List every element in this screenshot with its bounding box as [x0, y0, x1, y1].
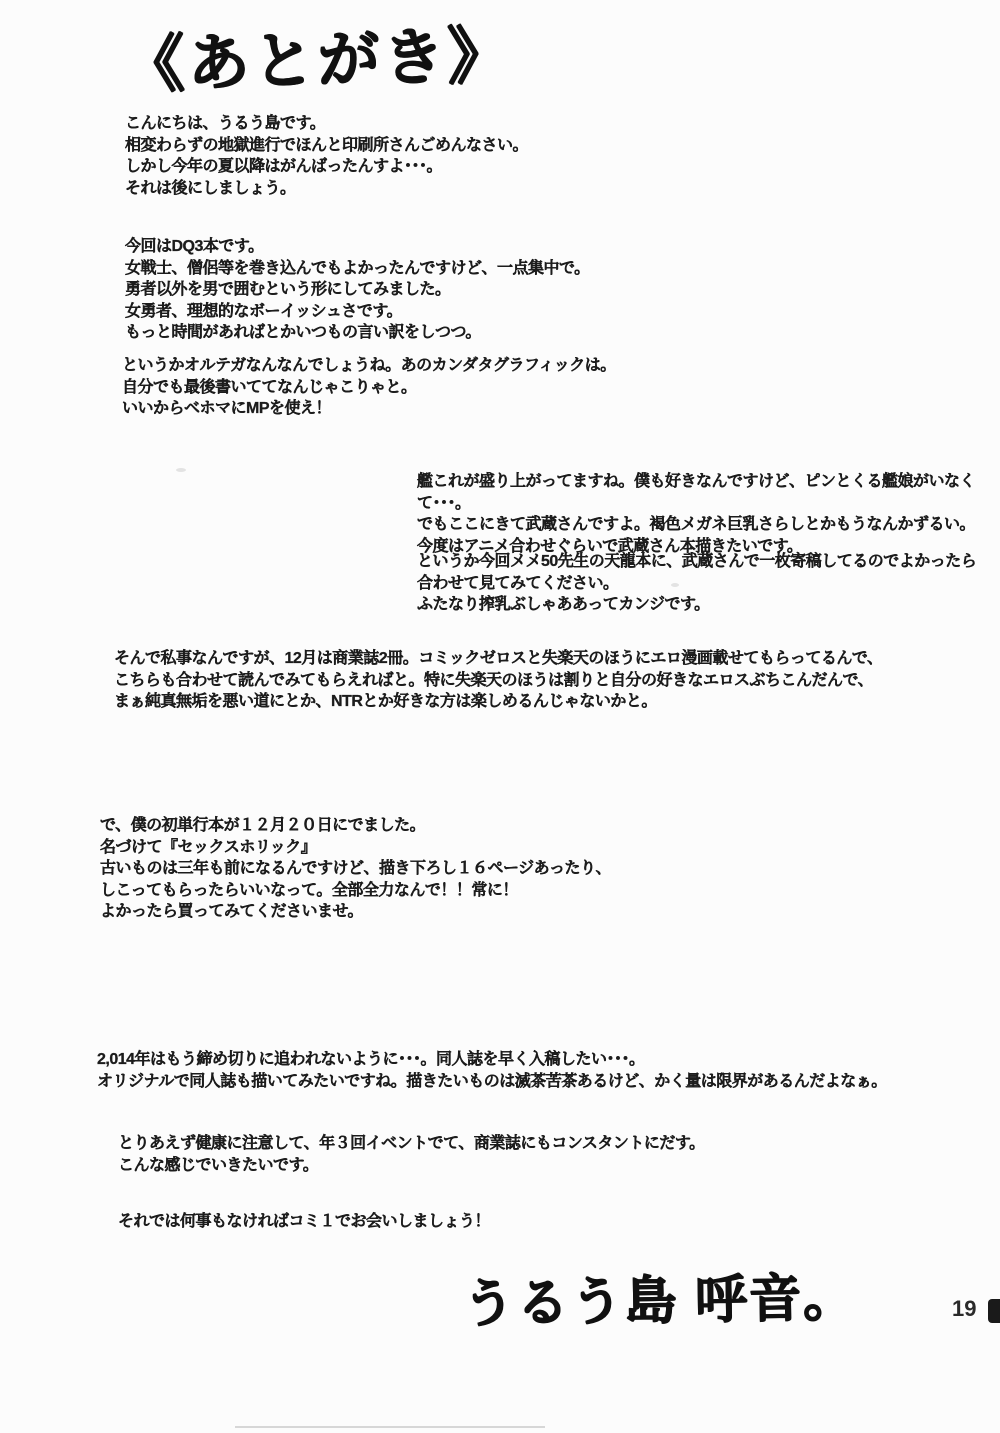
scan-artifact-smudge	[235, 1426, 545, 1428]
afterword-paragraph-kancolle: 艦これが盛り上がってますね。僕も好きなんですけど、ピンとくる艦娘がいなくて･･･…	[417, 471, 1000, 557]
scan-artifact-speck	[176, 468, 186, 472]
afterword-paragraph-farewell: それでは何事もなければコミ１でお会いしましょう！	[118, 1211, 490, 1233]
afterword-paragraph-dq3: 今回はDQ3本です。 女戦士、僧侶等を巻き込んでもよかったんですけど、一点集中で…	[125, 236, 590, 344]
afterword-paragraph-magazines: そんで私事なんですが、12月は商業誌2冊。コミックゼロスと失楽天のほうにエロ漫画…	[114, 648, 883, 713]
scan-artifact-speck	[671, 583, 679, 587]
page-title: 《あとがき》	[121, 5, 513, 104]
author-signature: うるう島 呼音。	[461, 1255, 857, 1337]
afterword-paragraph-ortega: というかオルテガなんなんでしょうね。あのカンダタグラフィックは。 自分でも最後書…	[122, 355, 616, 420]
afterword-paragraph-health: とりあえず健康に注意して、年３回イベントでて、商業誌にもコンスタントにだす。 こ…	[118, 1133, 705, 1176]
afterword-paragraph-contribution: というか今回メメ50先生の天龍本に、武蔵さんで一枚寄稿してるのでよかったら 合わ…	[417, 551, 976, 616]
afterword-paragraph-greeting: こんにちは、うるう島です。 相変わらずの地獄進行でほんと印刷所さんごめんなさい。…	[125, 113, 528, 199]
afterword-paragraph-tankobon: で、僕の初単行本が１２月２０日にでました。 名づけて『セックスホリック』 古いも…	[100, 815, 611, 923]
cut-off-edge-mark	[988, 1299, 1000, 1323]
afterword-paragraph-2014-goals: 2,014年はもう締め切りに追われないように･･･。同人誌を早く入稿したい･･･…	[97, 1049, 887, 1092]
page-number: 19	[952, 1296, 976, 1322]
scanned-afterword-page: 《あとがき》 こんにちは、うるう島です。 相変わらずの地獄進行でほんと印刷所さん…	[0, 0, 1000, 1433]
